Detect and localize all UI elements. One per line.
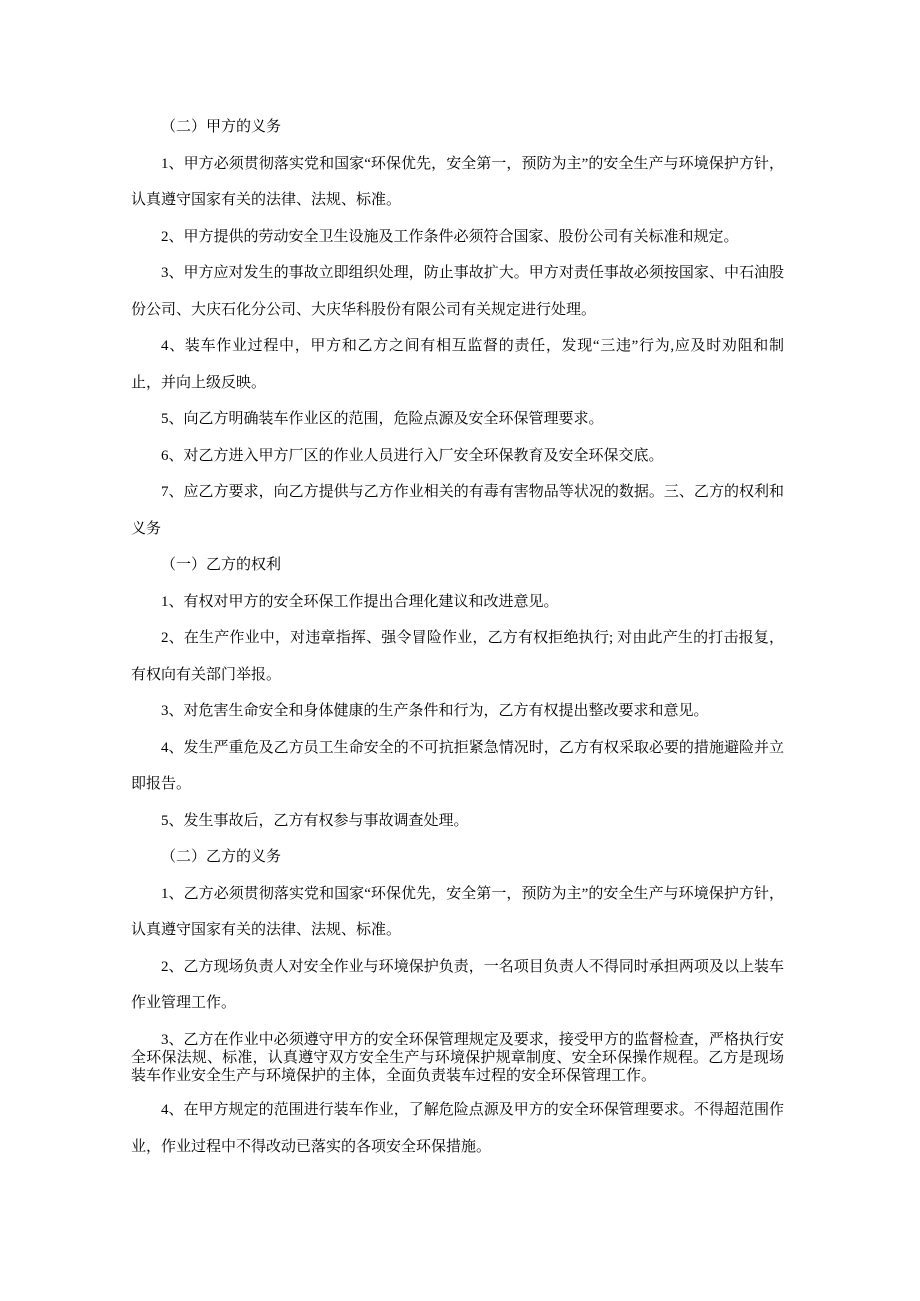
clause-b-obligation-2: 2、乙方现场负责人对安全作业与环境保护负责，一名项目负责人不得同时承担两项及以上…: [131, 949, 784, 1022]
clause-a-7: 7、应乙方要求，向乙方提供与乙方作业相关的有毒有害物品等状况的数据。三、乙方的权…: [131, 474, 784, 547]
clause-b-right-1: 1、有权对甲方的安全环保工作提出合理化建议和改进意见。: [131, 584, 784, 621]
heading-party-b-rights: （一）乙方的权利: [131, 547, 784, 584]
clause-b-obligation-4: 4、在甲方规定的范围进行装车作业，了解危险点源及甲方的安全环保管理要求。不得超范…: [131, 1092, 784, 1165]
clause-a-1: 1、甲方必须贯彻落实党和国家“环保优先，安全第一，预防为主”的安全生产与环境保护…: [131, 146, 784, 219]
clause-a-6: 6、对乙方进入甲方厂区的作业人员进行入厂安全环保教育及安全环保交底。: [131, 438, 784, 475]
clause-b-obligation-3: 3、乙方在作业中必须遵守甲方的安全环保管理规定及要求，接受甲方的监督检查，严格执…: [131, 1031, 784, 1086]
clause-a-3: 3、甲方应对发生的事故立即组织处理，防止事故扩大。甲方对责任事故必须按国家、中石…: [131, 255, 784, 328]
clause-b-right-5: 5、发生事故后，乙方有权参与事故调查处理。: [131, 803, 784, 840]
clause-b-obligation-1: 1、乙方必须贯彻落实党和国家“环保优先，安全第一，预防为主”的安全生产与环境保护…: [131, 876, 784, 949]
heading-party-a-obligations: （二）甲方的义务: [131, 109, 784, 146]
clause-a-5: 5、向乙方明确装车作业区的范围，危险点源及安全环保管理要求。: [131, 401, 784, 438]
clause-a-4: 4、装车作业过程中，甲方和乙方之间有相互监督的责任，发现“三违”行为,应及时劝阻…: [131, 328, 784, 401]
clause-a-2: 2、甲方提供的劳动安全卫生设施及工作条件必须符合国家、股份公司有关标准和规定。: [131, 219, 784, 256]
clause-b-right-3: 3、对危害生命安全和身体健康的生产条件和行为，乙方有权提出整改要求和意见。: [131, 693, 784, 730]
document-page: （二）甲方的义务 1、甲方必须贯彻落实党和国家“环保优先，安全第一，预防为主”的…: [0, 0, 920, 1301]
heading-party-b-obligations: （二）乙方的义务: [131, 839, 784, 876]
clause-b-right-2: 2、在生产作业中，对违章指挥、强令冒险作业，乙方有权拒绝执行; 对由此产生的打击…: [131, 620, 784, 693]
clause-b-right-4: 4、发生严重危及乙方员工生命安全的不可抗拒紧急情况时，乙方有权采取必要的措施避险…: [131, 730, 784, 803]
